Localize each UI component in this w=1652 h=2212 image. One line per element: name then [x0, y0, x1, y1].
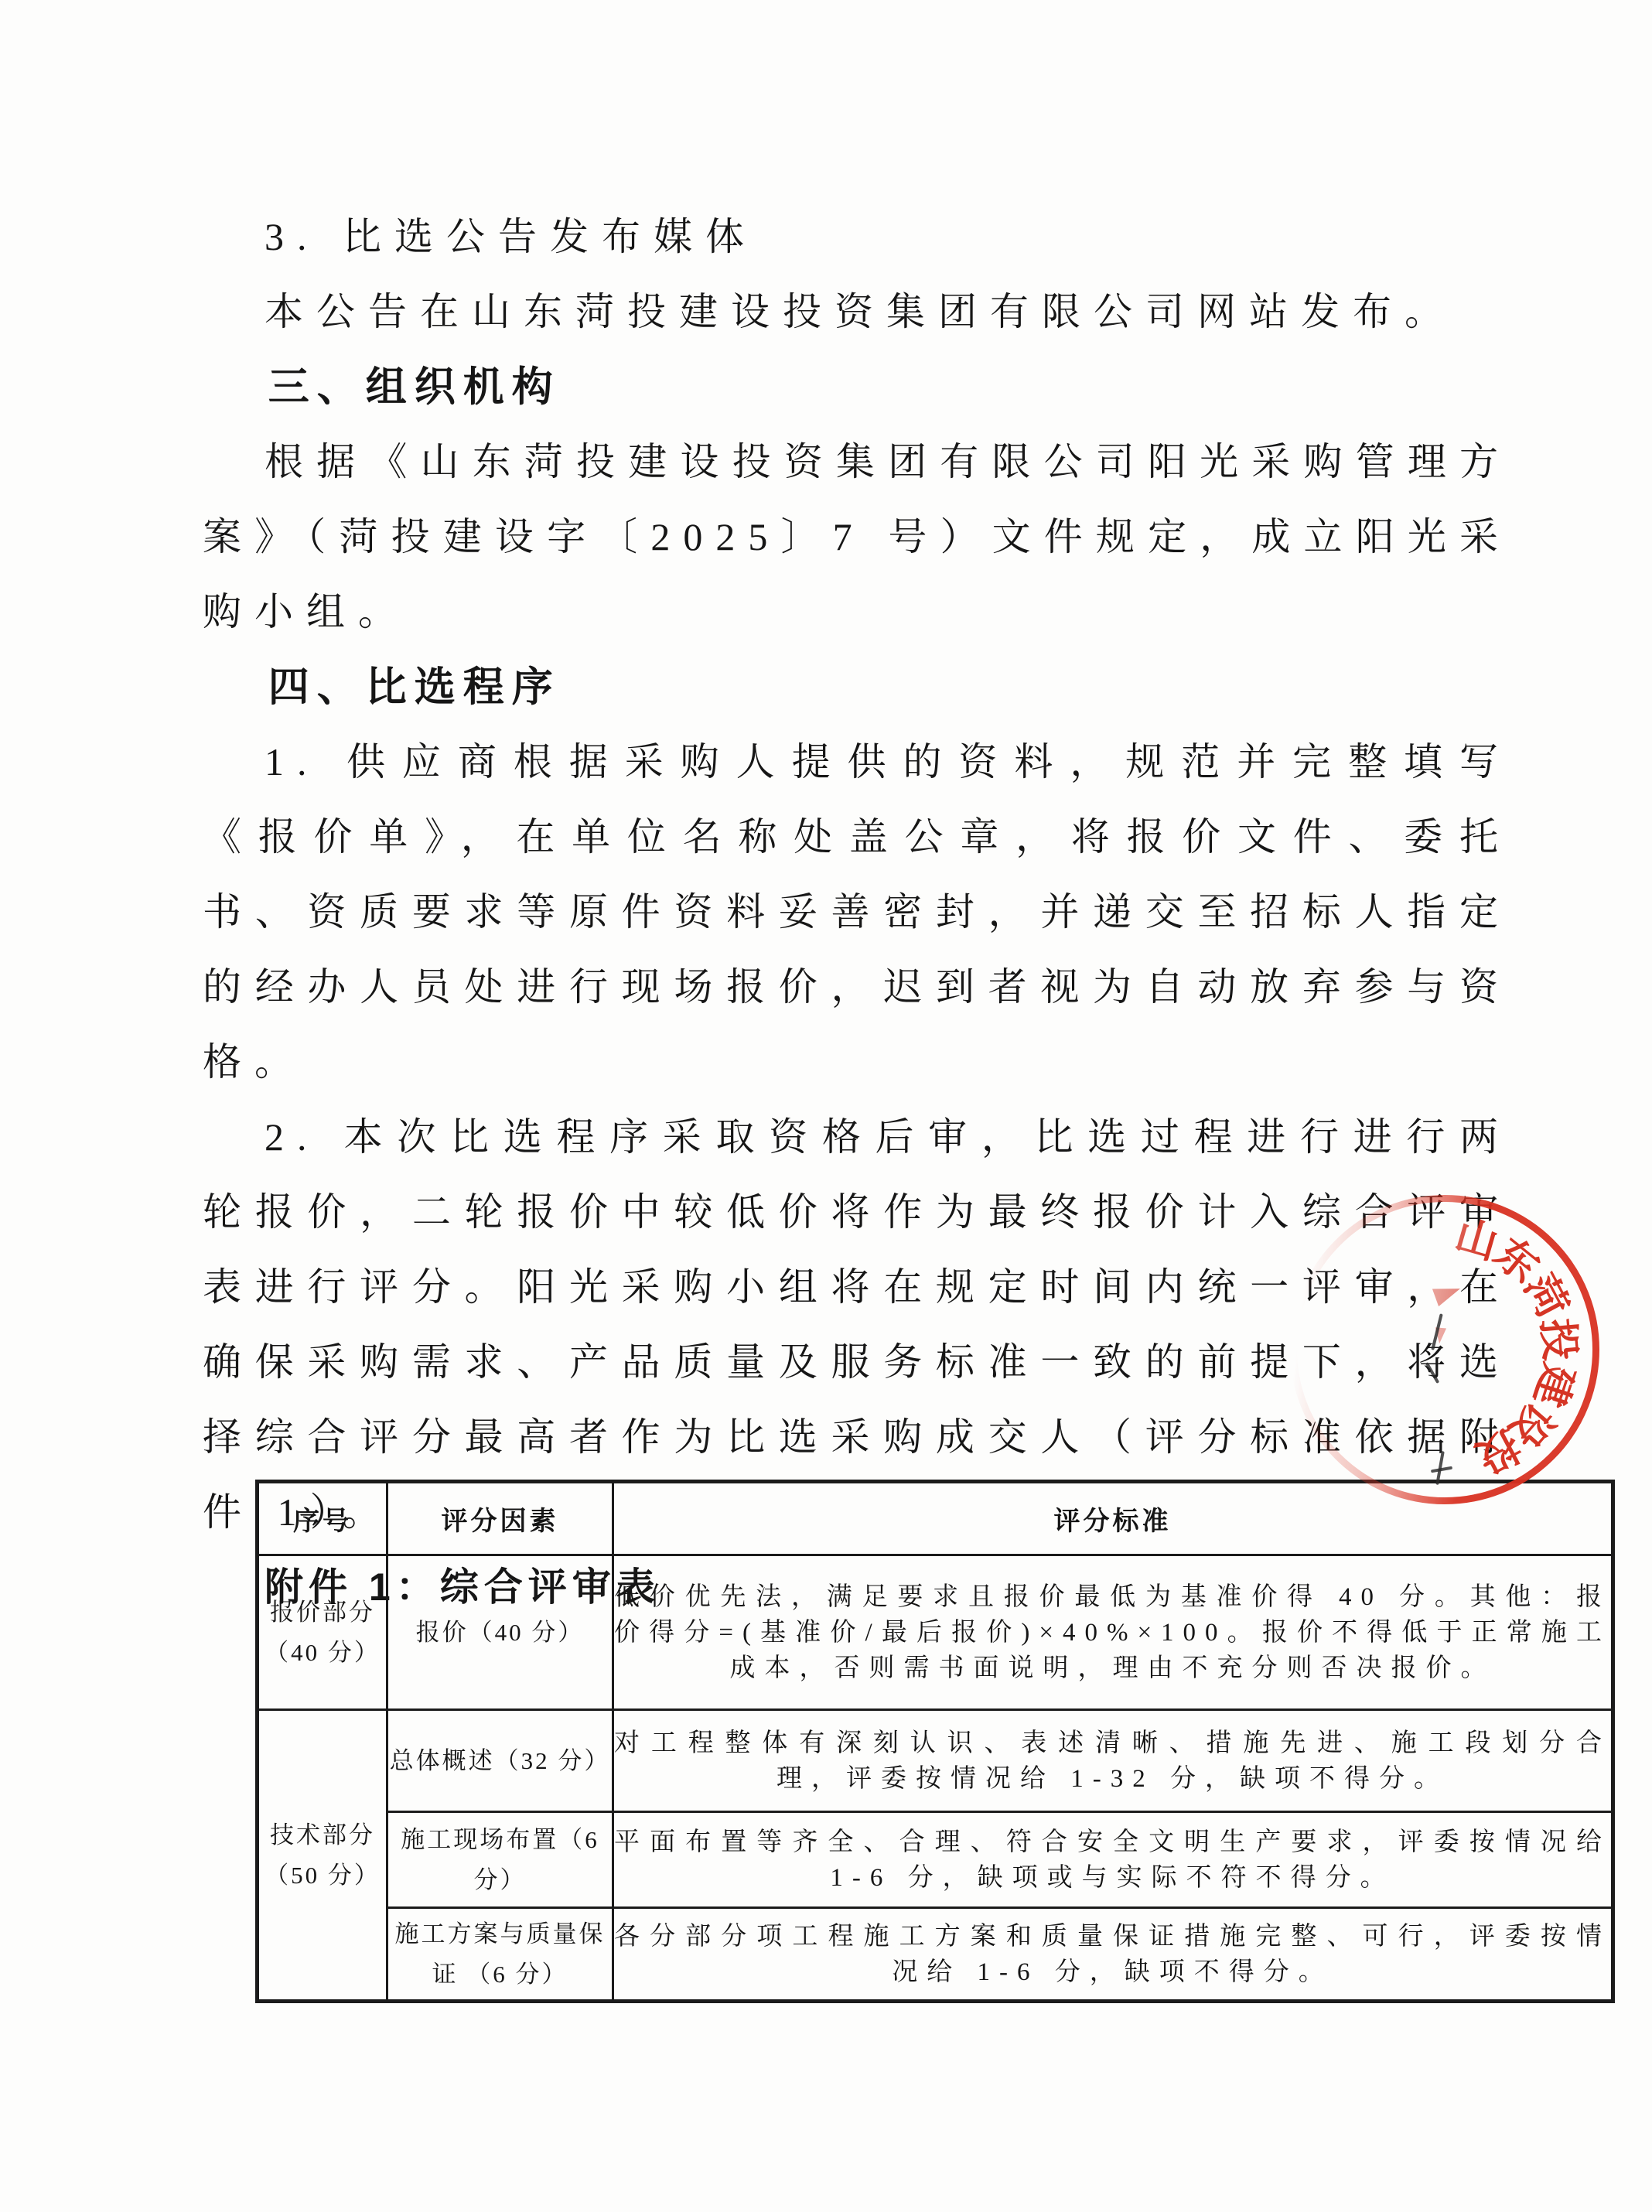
paragraph-announce-site: 本公告在山东菏投建设投资集团有限公司网站发布。 [203, 275, 1511, 350]
criteria-cell-construction-plan: 各分部分项工程施工方案和质量保证措施完整、可行，评委按情况给 1-6 分，缺项不… [613, 1908, 1613, 2002]
seal-character: 菏 [1517, 1267, 1575, 1326]
table-row: 报价部分 （40 分） 报价（40 分） 低价优先法，满足要求且报价最低为基准价… [258, 1555, 1613, 1710]
factor-cell-construction-plan: 施工方案与质量保证 （6 分） [387, 1908, 613, 2002]
paragraph-procedure-1: 1. 供应商根据采购人提供的资料，规范并完整填写《报价单》，在单位名称处盖公章，… [203, 725, 1511, 1100]
section-cell-price: 报价部分 （40 分） [258, 1555, 387, 1710]
document-body: 3. 比选公告发布媒体 本公告在山东菏投建设投资集团有限公司网站发布。 三、组织… [203, 200, 1511, 1625]
section-heading-procedure: 四、比选程序 [203, 650, 1511, 725]
seal-character: 投 [1535, 1316, 1582, 1364]
criteria-cell-price: 低价优先法，满足要求且报价最低为基准价得 40 分。其他：报价得分=(基准价/最… [613, 1555, 1613, 1710]
factor-cell-overview: 总体概述（32 分） [387, 1710, 613, 1812]
table-row: 技术部分 （50 分） 总体概述（32 分） 对工程整体有深刻认识、表述清晰、措… [258, 1710, 1613, 1812]
scanned-document-page: 3. 比选公告发布媒体 本公告在山东菏投建设投资集团有限公司网站发布。 三、组织… [0, 0, 1652, 2212]
factor-cell-price: 报价（40 分） [387, 1555, 613, 1710]
table-row: 施工方案与质量保证 （6 分） 各分部分项工程施工方案和质量保证措施完整、可行，… [258, 1908, 1613, 2002]
evaluation-table: 序号 评分因素 评分标准 报价部分 （40 分） 报价（40 分） 低价优先法，… [255, 1480, 1615, 2003]
table-row: 施工现场布置（6 分） 平面布置等齐全、合理、符合安全文明生产要求，评委按情况给… [258, 1812, 1613, 1908]
seal-character: 建 [1527, 1358, 1582, 1413]
header-cell-criteria: 评分标准 [613, 1482, 1613, 1555]
criteria-cell-site-layout: 平面布置等齐全、合理、符合安全文明生产要求，评委按情况给 1-6 分，缺项或与实… [613, 1812, 1613, 1908]
criteria-cell-overview: 对工程整体有深刻认识、表述清晰、措施先进、施工段划分合理，评委按情况给 1-32… [613, 1710, 1613, 1812]
section-heading-organization: 三、组织机构 [203, 350, 1511, 425]
factor-cell-site-layout: 施工现场布置（6 分） [387, 1812, 613, 1908]
paragraph-announce-media: 3. 比选公告发布媒体 [203, 200, 1511, 275]
section-cell-technical: 技术部分 （50 分） [258, 1710, 387, 2002]
table-header-row: 序号 评分因素 评分标准 [258, 1482, 1613, 1555]
paragraph-organization-basis: 根据《山东菏投建设投资集团有限公司阳光采购管理方案》（菏投建设字〔2025〕7 … [203, 425, 1511, 650]
header-cell-index: 序号 [258, 1482, 387, 1555]
header-cell-factor: 评分因素 [387, 1482, 613, 1555]
